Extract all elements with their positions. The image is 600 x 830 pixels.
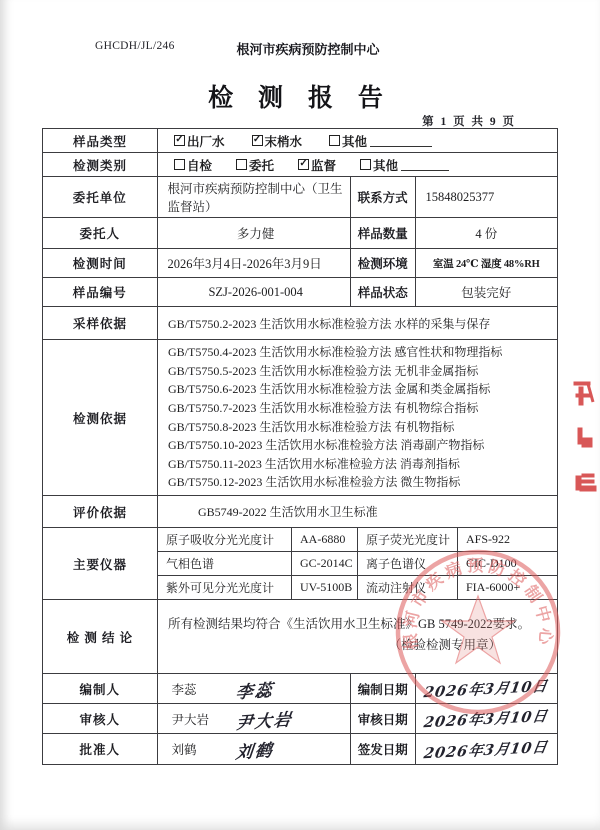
test-basis-line: GB/T5750.4-2023 生活饮用水标准检验方法 感官性状和物理指标 <box>168 343 551 362</box>
instrument-row: 紫外可见分光光度计UV-5100B流动注射仪FIA-6000+ <box>158 576 557 599</box>
sample-state-value: 包装完好 <box>415 278 557 306</box>
review-date-label: 审核日期 <box>350 704 415 733</box>
test-basis-line: GB/T5750.7-2023 生活饮用水标准检验方法 有机物综合指标 <box>168 399 551 418</box>
prepare-date-value: 2026年3月10日 <box>415 674 557 703</box>
row-test-basis: 检测依据 GB/T5750.4-2023 生活饮用水标准检验方法 感官性状和物理… <box>43 340 557 496</box>
option-self-test: 自检 <box>174 156 212 174</box>
row-eval-basis: 评价依据 GB5749-2022 生活饮用水卫生标准 <box>43 496 557 528</box>
row-approver: 批准人 刘鹤 刘鹤 签发日期 2026年3月10日 <box>43 734 557 764</box>
instruments-grid: 原子吸收分光光度计AA-6880原子荧光光度计AFS-922 气相色谱GC-20… <box>157 528 557 599</box>
sampling-basis-value: GB/T5750.2-2023 生活饮用水标准检验方法 水样的采集与保存 <box>157 307 557 339</box>
row-sample-no: 样品编号 SZJ-2026-001-004 样品状态 包装完好 <box>43 278 557 307</box>
report-page: GHCDH/JL/246 根河市疾病预防控制中心 检 测 报 告 第 1 页 共… <box>0 0 600 830</box>
prepare-date-label: 编制日期 <box>350 674 415 703</box>
checkbox-checked-icon: ✓ <box>174 135 185 146</box>
sampling-basis-label: 采样依据 <box>43 307 157 339</box>
eval-basis-label: 评价依据 <box>43 496 157 527</box>
issue-date-label: 签发日期 <box>350 734 415 764</box>
conclusion-line1: 所有检测结果均符合《生活饮用水卫生标准》GB 5749-2022要求。 <box>168 614 549 632</box>
sample-type-options: ✓出厂水 ✓末梢水 其他 <box>157 129 557 152</box>
contact-label: 联系方式 <box>350 177 415 217</box>
test-basis-line: GB/T5750.6-2023 生活饮用水标准检验方法 金属和类金属指标 <box>168 380 551 399</box>
approver-name: 刘鹤 <box>172 740 197 758</box>
test-basis-line: GB/T5750.10-2023 生活饮用水标准检验方法 消毒副产物指标 <box>168 436 551 455</box>
page-number: 第 1 页 共 9 页 <box>422 113 516 129</box>
option-commission: 委托 <box>236 156 274 174</box>
client-org-value: 根河市疾病预防控制中心（卫生监督站） <box>157 177 350 217</box>
preparer-label: 编制人 <box>43 674 157 703</box>
test-env-label: 检测环境 <box>350 249 415 277</box>
row-test-category: 检测类别 自检 委托 ✓监督 其他 <box>43 153 557 177</box>
preparer-name: 李蕊 <box>172 680 197 698</box>
option-factory-water: ✓出厂水 <box>174 132 225 150</box>
reviewer-signature: 尹大岩 <box>234 705 294 734</box>
test-time-label: 检测时间 <box>43 249 157 277</box>
reviewer-name: 尹大岩 <box>172 710 210 728</box>
issue-date-value: 2026年3月10日 <box>415 734 557 764</box>
reviewer-name-cell: 尹大岩 尹大岩 <box>157 704 350 733</box>
checkbox-checked-icon: ✓ <box>298 159 309 170</box>
test-category-label: 检测类别 <box>43 153 157 176</box>
document-code: GHCDH/JL/246 <box>95 40 175 52</box>
sample-no-label: 样品编号 <box>43 278 157 306</box>
sample-qty-value: 4 份 <box>415 218 557 248</box>
organization-name: 根河市疾病预防控制中心 <box>236 39 379 58</box>
checkbox-checked-icon: ✓ <box>252 135 263 146</box>
approver-name-cell: 刘鹤 刘鹤 <box>157 734 350 764</box>
test-basis-line: GB/T5750.11-2023 生活饮用水标准检验方法 消毒剂指标 <box>168 455 551 474</box>
conclusion-text: 所有检测结果均符合《生活饮用水卫生标准》GB 5749-2022要求。 （检验检… <box>157 600 557 673</box>
row-client-org: 委托单位 根河市疾病预防控制中心（卫生监督站） 联系方式 15848025377 <box>43 177 557 218</box>
test-basis-line: GB/T5750.8-2023 生活饮用水标准检验方法 有机物指标 <box>168 418 551 437</box>
test-basis-label: 检测依据 <box>43 340 157 495</box>
row-test-time: 检测时间 2026年3月4日-2026年3月9日 检测环境 室温 24℃ 湿度 … <box>43 249 557 278</box>
client-org-label: 委托单位 <box>43 177 157 217</box>
instrument-row: 气相色谱GC-2014C离子色谱仪CIC-D100 <box>158 552 557 576</box>
instruments-label: 主要仪器 <box>43 528 157 599</box>
preparer-signature: 李蕊 <box>234 676 275 704</box>
row-preparer: 编制人 李蕊 李蕊 编制日期 2026年3月10日 <box>43 674 557 704</box>
sample-type-label: 样品类型 <box>43 129 157 152</box>
option-supervision: ✓监督 <box>298 156 336 174</box>
sample-qty-label: 样品数量 <box>350 218 415 248</box>
conclusion-line2: （检验检测专用章） <box>168 635 549 653</box>
option-other-category: 其他 <box>360 156 449 174</box>
row-conclusion: 检 测 结 论 所有检测结果均符合《生活饮用水卫生标准》GB 5749-2022… <box>43 600 557 674</box>
test-env-value: 室温 24℃ 湿度 48%RH <box>415 249 557 277</box>
checkbox-empty-icon <box>174 159 185 170</box>
sample-no-value: SZJ-2026-001-004 <box>157 278 350 306</box>
row-reviewer: 审核人 尹大岩 尹大岩 审核日期 2026年3月10日 <box>43 704 557 734</box>
client-person-value: 多力健 <box>157 218 350 248</box>
blank-line <box>401 159 449 171</box>
eval-basis-value: GB5749-2022 生活饮用水卫生标准 <box>157 496 557 527</box>
option-tap-water: ✓末梢水 <box>252 132 303 150</box>
test-basis-line: GB/T5750.12-2023 生活饮用水标准检验方法 微生物指标 <box>168 473 551 492</box>
test-basis-lines: GB/T5750.4-2023 生活饮用水标准检验方法 感官性状和物理指标 GB… <box>157 340 557 495</box>
preparer-name-cell: 李蕊 李蕊 <box>157 674 350 703</box>
test-basis-line: GB/T5750.5-2023 生活饮用水标准检验方法 无机非金属指标 <box>168 362 551 381</box>
conclusion-label: 检 测 结 论 <box>43 600 157 673</box>
test-category-options: 自检 委托 ✓监督 其他 <box>157 153 557 176</box>
row-instruments: 主要仪器 原子吸收分光光度计AA-6880原子荧光光度计AFS-922 气相色谱… <box>43 528 557 600</box>
approver-signature: 刘鹤 <box>234 736 275 764</box>
sample-state-label: 样品状态 <box>350 278 415 306</box>
row-client-person: 委托人 多力健 样品数量 4 份 <box>43 218 557 249</box>
report-table: 样品类型 ✓出厂水 ✓末梢水 其他 检测类别 自检 委托 ✓监督 其他 委托单位… <box>42 128 558 765</box>
review-date-value: 2026年3月10日 <box>415 704 557 733</box>
contact-value: 15848025377 <box>415 177 557 217</box>
client-person-label: 委托人 <box>43 218 157 248</box>
option-other-sample: 其他 <box>329 132 432 150</box>
instrument-row: 原子吸收分光光度计AA-6880原子荧光光度计AFS-922 <box>158 528 557 552</box>
row-sampling-basis: 采样依据 GB/T5750.2-2023 生活饮用水标准检验方法 水样的采集与保… <box>43 307 557 340</box>
report-title: 检 测 报 告 <box>0 78 600 114</box>
reviewer-label: 审核人 <box>43 704 157 733</box>
edge-seal-marks-icon <box>566 372 600 512</box>
checkbox-empty-icon <box>360 159 371 170</box>
checkbox-empty-icon <box>329 135 340 146</box>
row-sample-type: 样品类型 ✓出厂水 ✓末梢水 其他 <box>43 129 557 153</box>
approver-label: 批准人 <box>43 734 157 764</box>
test-time-value: 2026年3月4日-2026年3月9日 <box>157 249 350 277</box>
blank-line <box>370 135 432 147</box>
checkbox-empty-icon <box>236 159 247 170</box>
